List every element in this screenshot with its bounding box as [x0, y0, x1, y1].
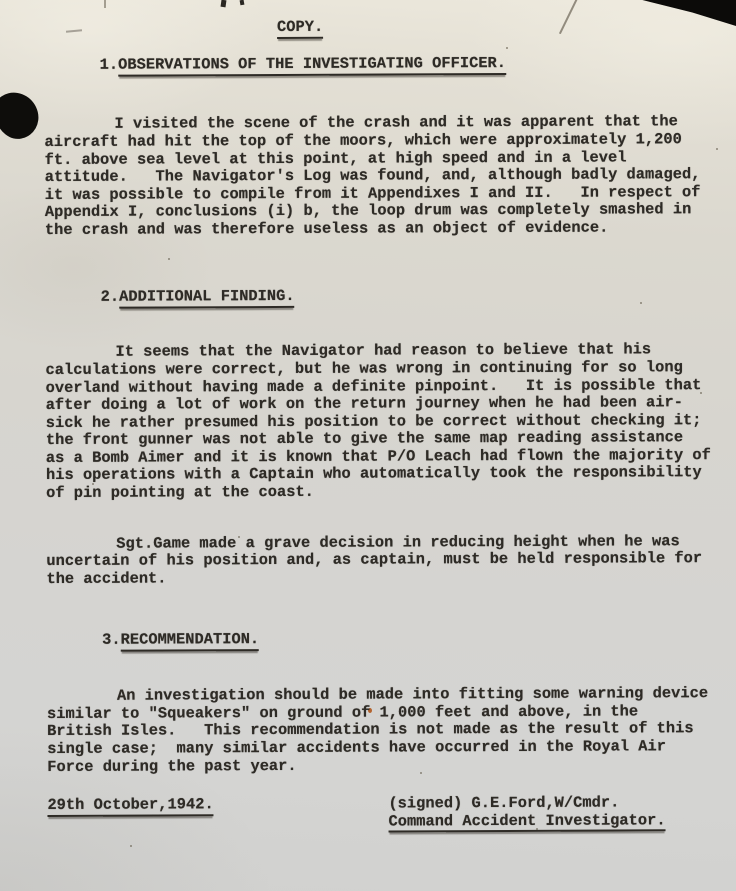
- paper-speck: [130, 845, 132, 847]
- paragraph-additional-finding-2: Sgt.Game made a grave decision in reduci…: [46, 533, 736, 589]
- signature-block: (signed) G.E.Ford,W/Cmdr. Command Accide…: [388, 794, 665, 832]
- paragraph-observations: I visited the scene of the crash and it …: [44, 113, 735, 239]
- section-number: 2.: [101, 288, 120, 306]
- edge-tear-mark: [221, 0, 227, 7]
- section-heading-additional-finding: 2.ADDITIONAL FINDING.: [45, 269, 735, 327]
- edge-tear-mark: [240, 0, 245, 5]
- section-number: 3.: [102, 631, 121, 649]
- section-number: 1.: [100, 56, 119, 74]
- copy-heading: COPY.: [277, 17, 734, 39]
- paragraph-additional-finding-1: It seems that the Navigator had reason t…: [45, 341, 736, 502]
- ink-blot: [0, 87, 43, 143]
- section-title: ADDITIONAL FINDING.: [119, 288, 295, 308]
- copy-label: COPY.: [277, 19, 323, 39]
- footer: 29th October,1942. (signed) G.E.Ford,W/C…: [47, 794, 736, 837]
- date-line: 29th October,1942.: [47, 796, 213, 816]
- document-content: COPY. 1.OBSERVATIONS OF THE INVESTIGATIN…: [44, 17, 736, 837]
- signer-title: Command Accident Investigator.: [388, 812, 665, 833]
- scanned-document-page: COPY. 1.OBSERVATIONS OF THE INVESTIGATIN…: [0, 0, 736, 891]
- section-heading-observations: 1.OBSERVATIONS OF THE INVESTIGATING OFFI…: [44, 37, 734, 95]
- section-title: RECOMMENDATION.: [121, 631, 260, 651]
- paragraph-recommendation: An investigation should be made into fit…: [47, 685, 736, 776]
- signed-line: (signed) G.E.Ford,W/Cmdr.: [388, 794, 665, 813]
- section-title: OBSERVATIONS OF THE INVESTIGATING OFFICE…: [118, 55, 506, 76]
- section-heading-recommendation: 3.RECOMMENDATION.: [47, 611, 736, 669]
- edge-crease-mark: [104, 0, 106, 8]
